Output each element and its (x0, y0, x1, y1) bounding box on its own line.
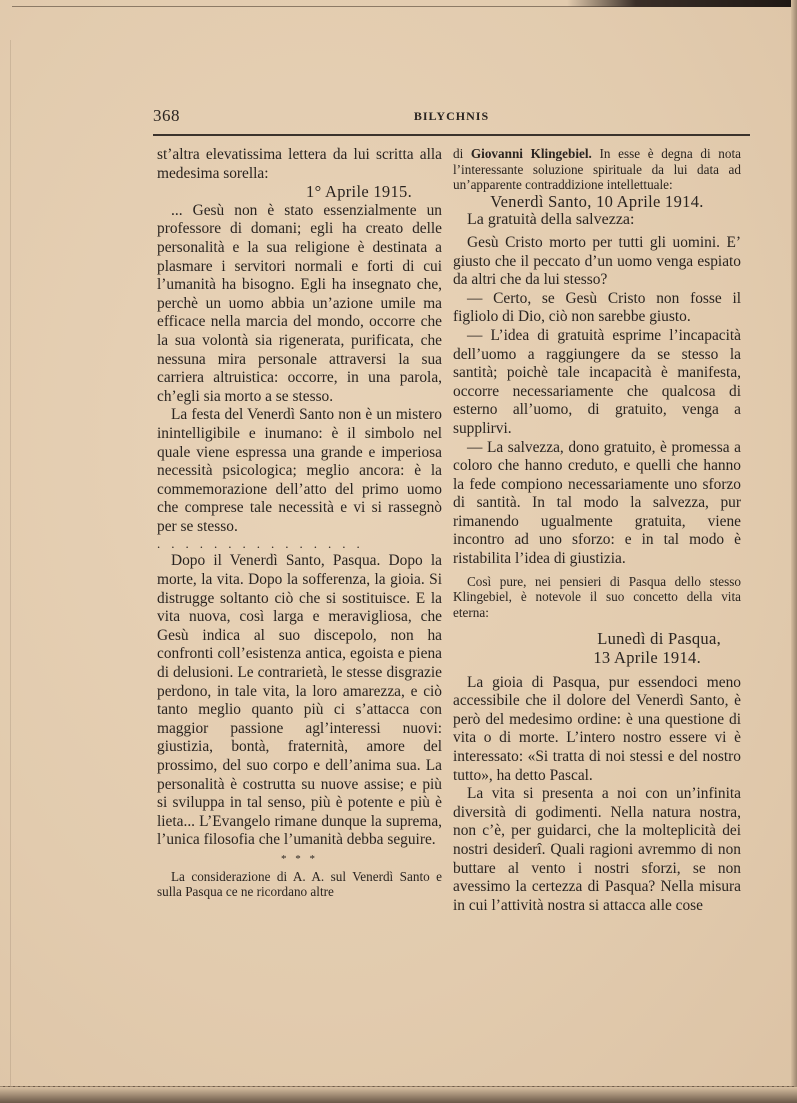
intro-prefix: di (453, 146, 471, 161)
left-closing: La considerazione di A. A. sul Venerdì S… (157, 869, 442, 900)
date-easter-monday-2: 13 Aprile 1914. (453, 649, 701, 668)
page-header: 368 BILYCHNIS (153, 106, 750, 134)
letter-date: 1° Aprile 1915. (157, 183, 412, 202)
right-paragraph-6: La vita si presenta a noi con un’infinit… (453, 785, 741, 915)
right-column: di Giovanni Klingebiel. In esse è degna … (453, 146, 741, 915)
section-separator: * * * (157, 850, 442, 869)
left-paragraph-2: La festa del Venerdì Santo non è un mist… (157, 406, 442, 536)
right-paragraph-4: — La salvezza, dono gratuito, è promessa… (453, 439, 741, 569)
header-rule (153, 134, 750, 136)
left-column: st’altra elevatissima lettera da lui scr… (157, 146, 442, 900)
page-top-shadow (567, 0, 797, 7)
page-bottom-edge (0, 1086, 797, 1103)
running-title: BILYCHNIS (153, 109, 750, 124)
right-paragraph-2: — Certo, se Gesù Cristo non fosse il fig… (453, 290, 741, 327)
ellipsis-dots: ............... (157, 536, 442, 552)
right-intro: di Giovanni Klingebiel. In esse è degna … (453, 146, 741, 193)
author-name: Giovanni Klingebiel. (471, 146, 592, 161)
right-paragraph-5: La gioia di Pasqua, pur essendoci meno a… (453, 674, 741, 786)
subtitle-gratuita: La gratuità della salvezza: (453, 211, 741, 230)
date-easter-monday-1: Lunedì di Pasqua, (453, 630, 721, 649)
right-paragraph-1: Gesù Cristo morto per tutti gli uomini. … (453, 234, 741, 290)
page-right-edge (791, 0, 797, 1103)
right-paragraph-3: — L’idea di gratuità esprime l’incapacit… (453, 327, 741, 439)
right-note: Così pure, nei pensieri di Pasqua dello … (453, 574, 741, 621)
page-fold-line (10, 40, 11, 1090)
scanned-page: 368 BILYCHNIS st’altra elevatissima lett… (0, 0, 797, 1103)
left-paragraph-1: ... Gesù non è stato essenzialmente un p… (157, 202, 442, 407)
left-paragraph-3: Dopo il Venerdì Santo, Pasqua. Dopo la m… (157, 552, 442, 850)
date-good-friday: Venerdì Santo, 10 Aprile 1914. (453, 193, 741, 212)
left-intro: st’altra elevatissima lettera da lui scr… (157, 146, 442, 183)
